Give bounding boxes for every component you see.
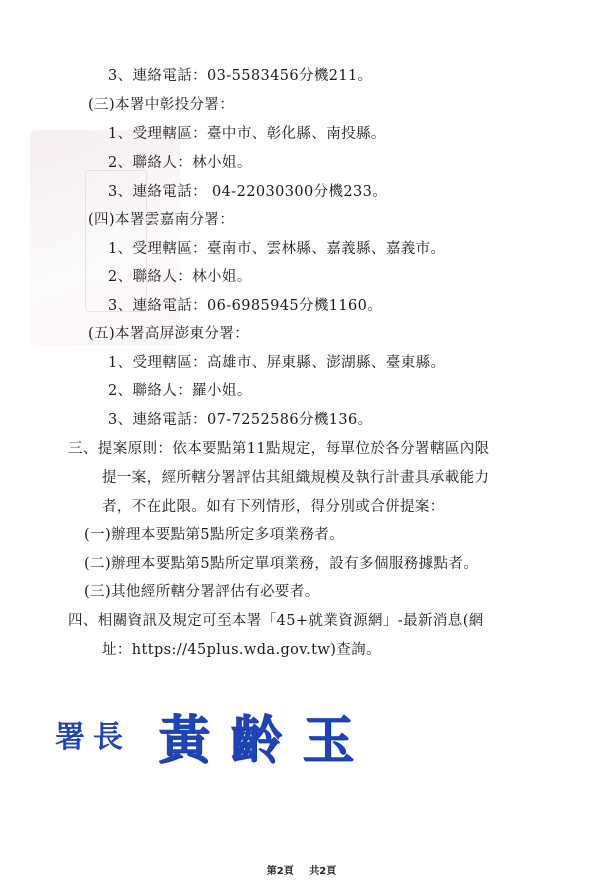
section-3-line-2: 提一案，經所轄分署評估其組織規模及執行計畫具承載能力 (102, 468, 489, 488)
signature-title: 署長 (55, 712, 131, 756)
section-3-item-2: (二)辦理本要點第5點所定單項業務，設有多個服務據點者。 (84, 554, 478, 574)
section-3-line-3: 者，不在此限。如有下列情形，得分別或合併提案： (102, 497, 445, 517)
branch-5-heading: (五)本署高屏澎東分署： (88, 324, 249, 344)
page-number: 第2頁 (267, 866, 294, 877)
branch-3-area: 1、受理轄區：臺中市、彰化縣、南投縣。 (108, 124, 386, 144)
signature-name: 黃齡玉 (158, 698, 374, 773)
branch-3-phone: 3、連絡電話： 04-22030300分機233。 (108, 182, 387, 202)
section-3-item-1: (一)辦理本要點第5點所定多項業務者。 (84, 525, 344, 545)
section-4-line-2: 址：https://45plus.wda.gov.tw)查詢。 (102, 640, 381, 660)
section-3-line-1: 三、提案原則：依本要點第11點規定，每單位於各分署轄區內限 (68, 439, 490, 459)
branch-5-area: 1、受理轄區：高雄市、屏東縣、澎湖縣、臺東縣。 (108, 353, 445, 373)
branch-4-phone: 3、連絡電話：06-6985945分機1160。 (108, 296, 382, 316)
branch-5-phone: 3、連絡電話：07-7252586分機136。 (108, 410, 373, 430)
section-4-line-1: 四、相關資訊及規定可至本署「45+就業資源網」-最新消息(網 (68, 611, 484, 631)
total-pages: 共2頁 (309, 866, 336, 877)
branch-2-phone: 3、連絡電話：03-5583456分機211。 (108, 66, 373, 86)
branch-4-heading: (四)本署雲嘉南分署： (88, 210, 234, 230)
branch-3-heading: (三)本署中彰投分署： (88, 95, 234, 115)
section-3-item-3: (三)其他經所轄分署評估有必要者。 (84, 582, 320, 602)
branch-4-area: 1、受理轄區：臺南市、雲林縣、嘉義縣、嘉義市。 (108, 239, 445, 259)
branch-3-contact: 2、聯絡人：林小姐。 (108, 153, 252, 173)
page-footer: 第2頁 共2頁 (0, 862, 603, 877)
branch-5-contact: 2、聯絡人：羅小姐。 (108, 381, 252, 401)
branch-4-contact: 2、聯絡人：林小姐。 (108, 267, 252, 287)
